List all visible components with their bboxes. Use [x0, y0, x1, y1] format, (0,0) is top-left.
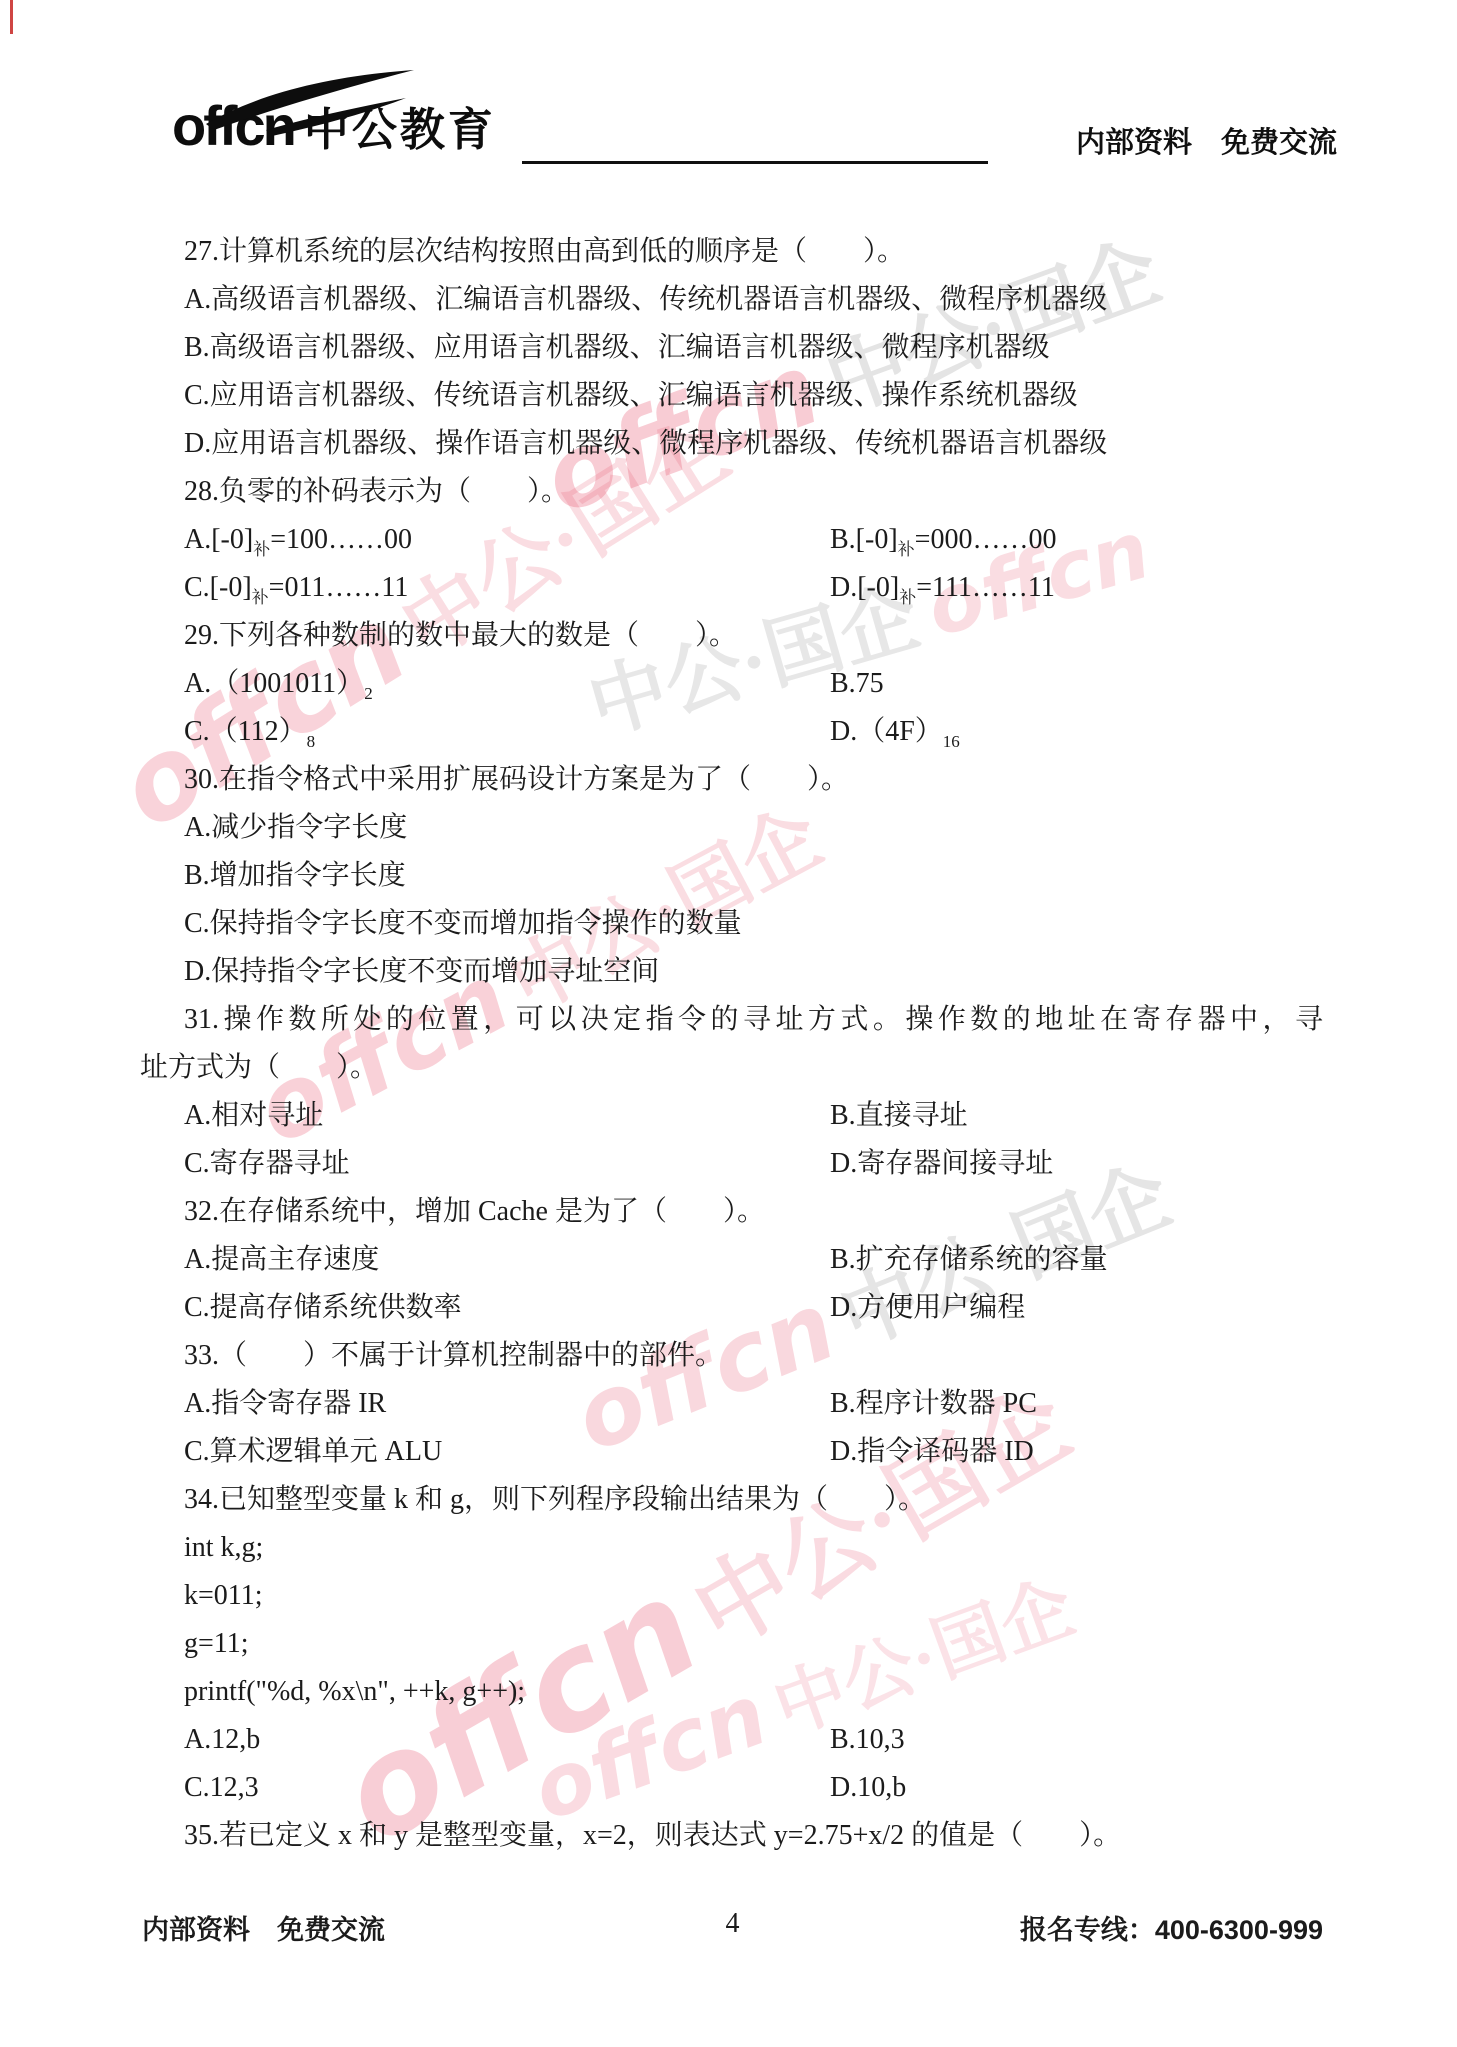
- option-text: A.（1001011）: [184, 668, 364, 699]
- question-28-option-c: C.[-0]补=011……11: [140, 564, 830, 612]
- scan-artifact: [10, 0, 13, 34]
- question-31-option-c: C.寄存器寻址: [140, 1140, 830, 1188]
- question-28-option-d: D.[-0]补=111……11: [830, 564, 1055, 612]
- question-33-options-row-2: C.算术逻辑单元 ALU D.指令译码器 ID: [140, 1428, 1323, 1476]
- option-text: B.75: [830, 668, 884, 699]
- question-29-stem: 29.下列各种数制的数中最大的数是（ ）。: [140, 612, 1323, 660]
- question-28-stem: 28.负零的补码表示为（ ）。: [140, 468, 1323, 516]
- question-29-options-row-1: A.（1001011）2 B.75: [140, 660, 1323, 708]
- question-34-code-line-2: k=011;: [140, 1572, 1323, 1620]
- question-33-option-d: D.指令译码器 ID: [830, 1428, 1034, 1476]
- question-31-option-b: B.直接寻址: [830, 1092, 968, 1140]
- question-33-option-a: A.指令寄存器 IR: [140, 1380, 830, 1428]
- question-34-options-row-1: A.12,b B.10,3: [140, 1716, 1323, 1764]
- question-33-option-c: C.算术逻辑单元 ALU: [140, 1428, 830, 1476]
- option-text: B.[-0]: [830, 524, 898, 555]
- question-34-options-row-2: C.12,3 D.10,b: [140, 1764, 1323, 1812]
- document-page: offcn 中公·国企 offcn 中公·国企 中公·国企 offcn offc…: [0, 0, 1457, 2047]
- question-31-options-row-2: C.寄存器寻址 D.寄存器间接寻址: [140, 1140, 1323, 1188]
- question-28-option-a: A.[-0]补=100……00: [140, 516, 830, 564]
- option-text: D.[-0]: [830, 572, 899, 603]
- question-34-stem: 34.已知整型变量 k 和 g，则下列程序段输出结果为（ ）。: [140, 1476, 1323, 1524]
- question-29-option-a: A.（1001011）2: [140, 660, 830, 708]
- question-33-option-b: B.程序计数器 PC: [830, 1380, 1037, 1428]
- option-text: =100……00: [270, 524, 412, 555]
- question-sheet: 27.计算机系统的层次结构按照由高到低的顺序是（ ）。 A.高级语言机器级、汇编…: [140, 228, 1323, 1860]
- question-27-stem: 27.计算机系统的层次结构按照由高到低的顺序是（ ）。: [140, 228, 1323, 276]
- option-text: C.（112）: [184, 716, 307, 747]
- option-text: C.[-0]: [184, 572, 252, 603]
- option-text: D.（4F）: [830, 716, 943, 747]
- question-28-options-row-2: C.[-0]补=011……11 D.[-0]补=111……11: [140, 564, 1323, 612]
- option-subscript: 2: [364, 684, 373, 703]
- question-32-stem: 32.在存储系统中，增加 Cache 是为了（ ）。: [140, 1188, 1323, 1236]
- logo-wordmark: offcn: [172, 98, 294, 154]
- question-32-option-a: A.提高主存速度: [140, 1236, 830, 1284]
- question-31-stem-line-2: 址方式为（ ）。: [140, 1044, 1323, 1092]
- question-31-options-row-1: A.相对寻址 B.直接寻址: [140, 1092, 1323, 1140]
- question-29-option-d: D.（4F）16: [830, 708, 960, 756]
- question-30-stem: 30.在指令格式中采用扩展码设计方案是为了（ ）。: [140, 756, 1323, 804]
- option-subscript: 补: [252, 588, 269, 607]
- question-34-option-d: D.10,b: [830, 1764, 906, 1812]
- question-34-code-line-4: printf("%d, %x\n", ++k, g++);: [140, 1668, 1323, 1716]
- question-32-options-row-1: A.提高主存速度 B.扩充存储系统的容量: [140, 1236, 1323, 1284]
- question-31-option-d: D.寄存器间接寻址: [830, 1140, 1053, 1188]
- question-27-option-c: C.应用语言机器级、传统语言机器级、汇编语言机器级、操作系统机器级: [140, 372, 1323, 420]
- logo-swoosh-icon: [204, 68, 419, 138]
- question-30-option-d: D.保持指令字长度不变而增加寻址空间: [140, 948, 1323, 996]
- option-text: A.[-0]: [184, 524, 253, 555]
- question-29-option-c: C.（112）8: [140, 708, 830, 756]
- question-32-options-row-2: C.提高存储系统供数率 D.方便用户编程: [140, 1284, 1323, 1332]
- footer-hotline: 报名专线：400-6300-999: [1020, 1908, 1323, 1947]
- option-subscript: 补: [253, 540, 270, 559]
- question-35-stem: 35.若已定义 x 和 y 是整型变量，x=2，则表达式 y=2.75+x/2 …: [140, 1812, 1323, 1860]
- question-33-options-row-1: A.指令寄存器 IR B.程序计数器 PC: [140, 1380, 1323, 1428]
- question-27-option-d: D.应用语言机器级、操作语言机器级、微程序机器级、传统机器语言机器级: [140, 420, 1323, 468]
- question-34-option-c: C.12,3: [140, 1764, 830, 1812]
- option-subscript: 补: [898, 540, 915, 559]
- question-27-option-b: B.高级语言机器级、应用语言机器级、汇编语言机器级、微程序机器级: [140, 324, 1323, 372]
- option-text: =000……00: [915, 524, 1057, 555]
- question-34-code-line-1: int k,g;: [140, 1524, 1323, 1572]
- question-33-stem: 33.（ ）不属于计算机控制器中的部件。: [140, 1332, 1323, 1380]
- question-32-option-b: B.扩充存储系统的容量: [830, 1236, 1108, 1284]
- question-29-options-row-2: C.（112）8 D.（4F）16: [140, 708, 1323, 756]
- question-30-option-b: B.增加指令字长度: [140, 852, 1323, 900]
- question-29-option-b: B.75: [830, 660, 884, 708]
- option-text: =011……11: [269, 572, 409, 603]
- question-28-option-b: B.[-0]补=000……00: [830, 516, 1056, 564]
- option-subscript: 补: [899, 588, 916, 607]
- question-34-option-a: A.12,b: [140, 1716, 830, 1764]
- option-subscript: 8: [307, 732, 316, 751]
- offcn-logo: offcn 中公教育: [172, 98, 496, 154]
- question-30-option-a: A.减少指令字长度: [140, 804, 1323, 852]
- question-31-stem-line-1: 31.操作数所处的位置，可以决定指令的寻址方式。操作数的地址在寄存器中，寻: [140, 996, 1323, 1044]
- question-27-option-a: A.高级语言机器级、汇编语言机器级、传统机器语言机器级、微程序机器级: [140, 276, 1323, 324]
- header-rule: [522, 161, 988, 164]
- option-text: =111……11: [916, 572, 1055, 603]
- question-34-code-line-3: g=11;: [140, 1620, 1323, 1668]
- question-32-option-d: D.方便用户编程: [830, 1284, 1025, 1332]
- page-footer: 内部资料 免费交流 4 报名专线：400-6300-999: [142, 1908, 1323, 1956]
- question-30-option-c: C.保持指令字长度不变而增加指令操作的数量: [140, 900, 1323, 948]
- option-subscript: 16: [943, 732, 960, 751]
- question-28-options-row-1: A.[-0]补=100……00 B.[-0]补=000……00: [140, 516, 1323, 564]
- header-note: 内部资料 免费交流: [1076, 120, 1337, 161]
- question-34-option-b: B.10,3: [830, 1716, 905, 1764]
- question-32-option-c: C.提高存储系统供数率: [140, 1284, 830, 1332]
- question-31-option-a: A.相对寻址: [140, 1092, 830, 1140]
